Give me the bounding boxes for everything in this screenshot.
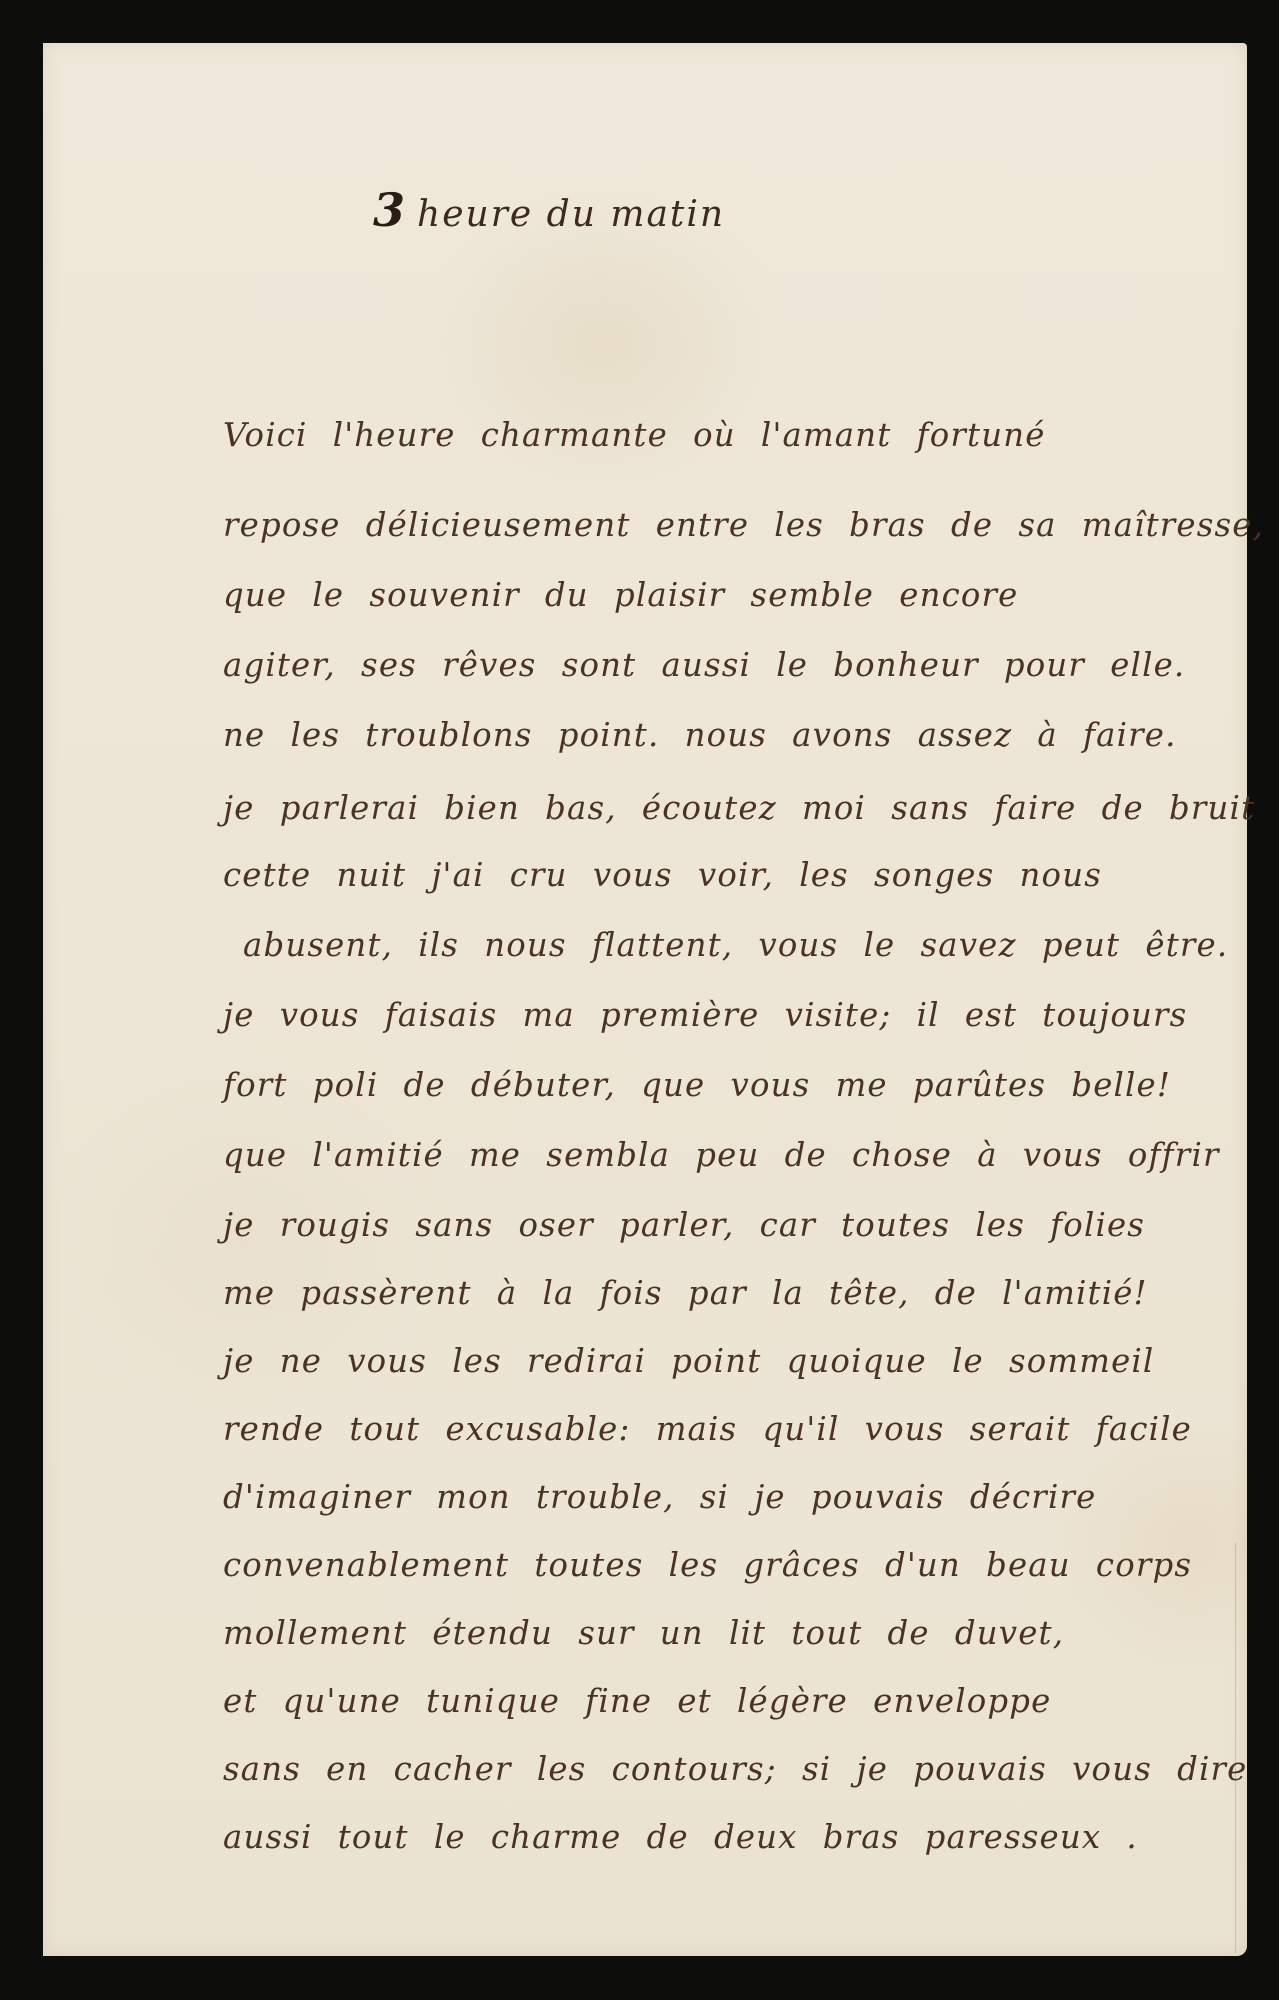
letter-line: je vous faisais ma première visite; il e… bbox=[223, 995, 1187, 1034]
letter-line: cette nuit j'ai cru vous voir, les songe… bbox=[223, 855, 1102, 894]
letter-line: ne les troublons point. nous avons assez… bbox=[223, 715, 1177, 754]
letter-line: Voici l'heure charmante où l'amant fortu… bbox=[223, 415, 1046, 454]
letter-line: je parlerai bien bas, écoutez moi sans f… bbox=[223, 788, 1255, 827]
letter-line: aussi tout le charme de deux bras paress… bbox=[223, 1817, 1138, 1856]
letter-line: je ne vous les redirai point quoique le … bbox=[223, 1341, 1154, 1380]
letter-line: rende tout excusable: mais qu'il vous se… bbox=[223, 1409, 1192, 1448]
letter-line: agiter, ses rêves sont aussi le bonheur … bbox=[223, 645, 1185, 684]
letter-line: mollement étendu sur un lit tout de duve… bbox=[223, 1613, 1064, 1652]
letter-line: d'imaginer mon trouble, si je pouvais dé… bbox=[223, 1477, 1096, 1516]
paper-fold-line bbox=[1235, 1543, 1236, 1953]
letter-line: convenablement toutes les grâces d'un be… bbox=[223, 1545, 1192, 1584]
letter-line: je rougis sans oser parler, car toutes l… bbox=[223, 1205, 1145, 1244]
letter-line: fort poli de débuter, que vous me parûte… bbox=[223, 1065, 1171, 1104]
letter-line: me passèrent à la fois par la tête, de l… bbox=[223, 1273, 1148, 1312]
letter-line: repose délicieusement entre les bras de … bbox=[223, 505, 1264, 544]
letter-line: abusent, ils nous flattent, vous le save… bbox=[243, 925, 1228, 964]
letter-line: sans en cacher les contours; si je pouva… bbox=[223, 1749, 1247, 1788]
letter-line: que l'amitié me sembla peu de chose à vo… bbox=[223, 1135, 1220, 1174]
letter-heading: 3heure du matin bbox=[373, 183, 725, 237]
letter-page: 3heure du matin Voici l'heure charmante … bbox=[43, 43, 1247, 1956]
heading-text: heure du matin bbox=[417, 194, 725, 235]
heading-numeral: 3 bbox=[373, 183, 407, 237]
letter-line: que le souvenir du plaisir semble encore bbox=[223, 575, 1018, 614]
letter-line: et qu'une tunique fine et légère envelop… bbox=[223, 1681, 1051, 1720]
